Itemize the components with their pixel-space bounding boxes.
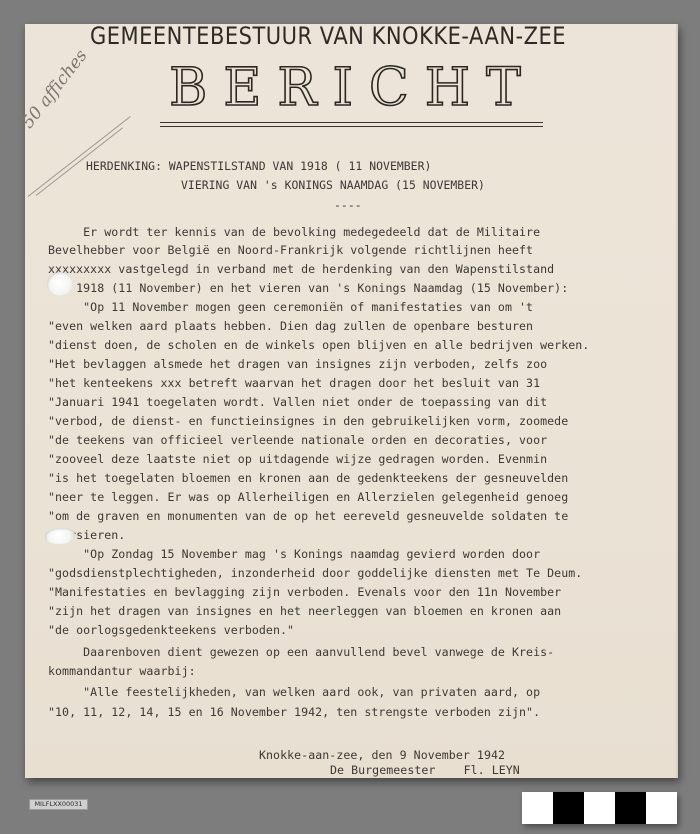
body-line: Er wordt ter kennis van de bevolking med…	[48, 225, 540, 239]
body-line: "Alle feestelijkheden, van welken aard o…	[48, 685, 540, 699]
punch-hole	[45, 528, 75, 544]
body-line: "om de graven en monumenten van de op he…	[48, 509, 568, 523]
color-calibration-bar	[522, 792, 677, 824]
body-line: "zijn het dragen van insignes en het nee…	[48, 604, 561, 618]
body-line: "het kenteekens xxx betreft waarvan het …	[48, 376, 540, 390]
body-line: "Januari 1941 toegelaten wordt. Vallen n…	[48, 395, 547, 409]
document-title: BERICHT	[158, 58, 548, 118]
body-line: "verbod, de dienst- en functieinsignes i…	[48, 414, 568, 428]
archive-label: MILFLXX00031	[29, 799, 88, 810]
body-line: "Het bevlaggen alsmede het dragen van in…	[48, 357, 547, 371]
body-line: "Op 11 November mogen geen ceremoniën of…	[48, 300, 533, 314]
body-line: "zooveel deze laatste niet op uitdagende…	[48, 452, 547, 466]
color-swatch	[615, 792, 646, 824]
letterhead: GEMEENTEBESTUUR VAN KNOKKE-AAN-ZEE	[58, 22, 598, 50]
body-line: van 1918 (11 November) en het vieren van…	[48, 281, 568, 295]
signature-place-date: Knokke-aan-zee, den 9 November 1942	[259, 748, 505, 762]
title-underline	[160, 122, 543, 127]
color-swatch	[646, 792, 677, 824]
body-line: "godsdienstplechtigheden, inzonderheid d…	[48, 566, 582, 580]
heading-line-1: HERDENKING: WAPENSTILSTAND VAN 1918 ( 11…	[86, 159, 431, 173]
body-line: Bevelhebber voor België en Noord-Frankri…	[48, 243, 533, 257]
color-swatch	[553, 792, 584, 824]
body-line: xxxxxxxxx vastgelegd in verband met de h…	[48, 262, 554, 276]
body-line: "Manifestaties en bevlagging zijn verbod…	[48, 585, 561, 599]
color-swatch	[522, 792, 553, 824]
body-line: "is het toegelaten bloemen en kronen aan…	[48, 471, 568, 485]
signature-signer: De Burgemeester Fl. LEYN	[330, 763, 520, 777]
heading-line-2: VIERING VAN 's KONINGS NAAMDAG (15 NOVEM…	[181, 178, 485, 192]
body-line: "Op Zondag 15 November mag 's Konings na…	[48, 547, 540, 561]
heading-separator: ----	[334, 198, 362, 212]
body-line: "de oorlogsgedenkteekens verboden."	[48, 623, 294, 637]
body-line: "even welken aard plaats hebben. Dien da…	[48, 319, 533, 333]
body-line: "de teekens van officieel verleende nati…	[48, 433, 547, 447]
punch-hole	[47, 272, 73, 296]
body-line: Daarenboven dient gewezen op een aanvull…	[48, 645, 554, 659]
color-swatch	[584, 792, 615, 824]
body-line: "dienst doen, de scholen en de winkels o…	[48, 338, 589, 352]
body-line: "neer te leggen. Er was op Allerheiligen…	[48, 490, 568, 504]
body-line: "10, 11, 12, 14, 15 en 16 November 1942,…	[48, 705, 540, 719]
body-line: kommandantur waarbij:	[48, 664, 196, 678]
